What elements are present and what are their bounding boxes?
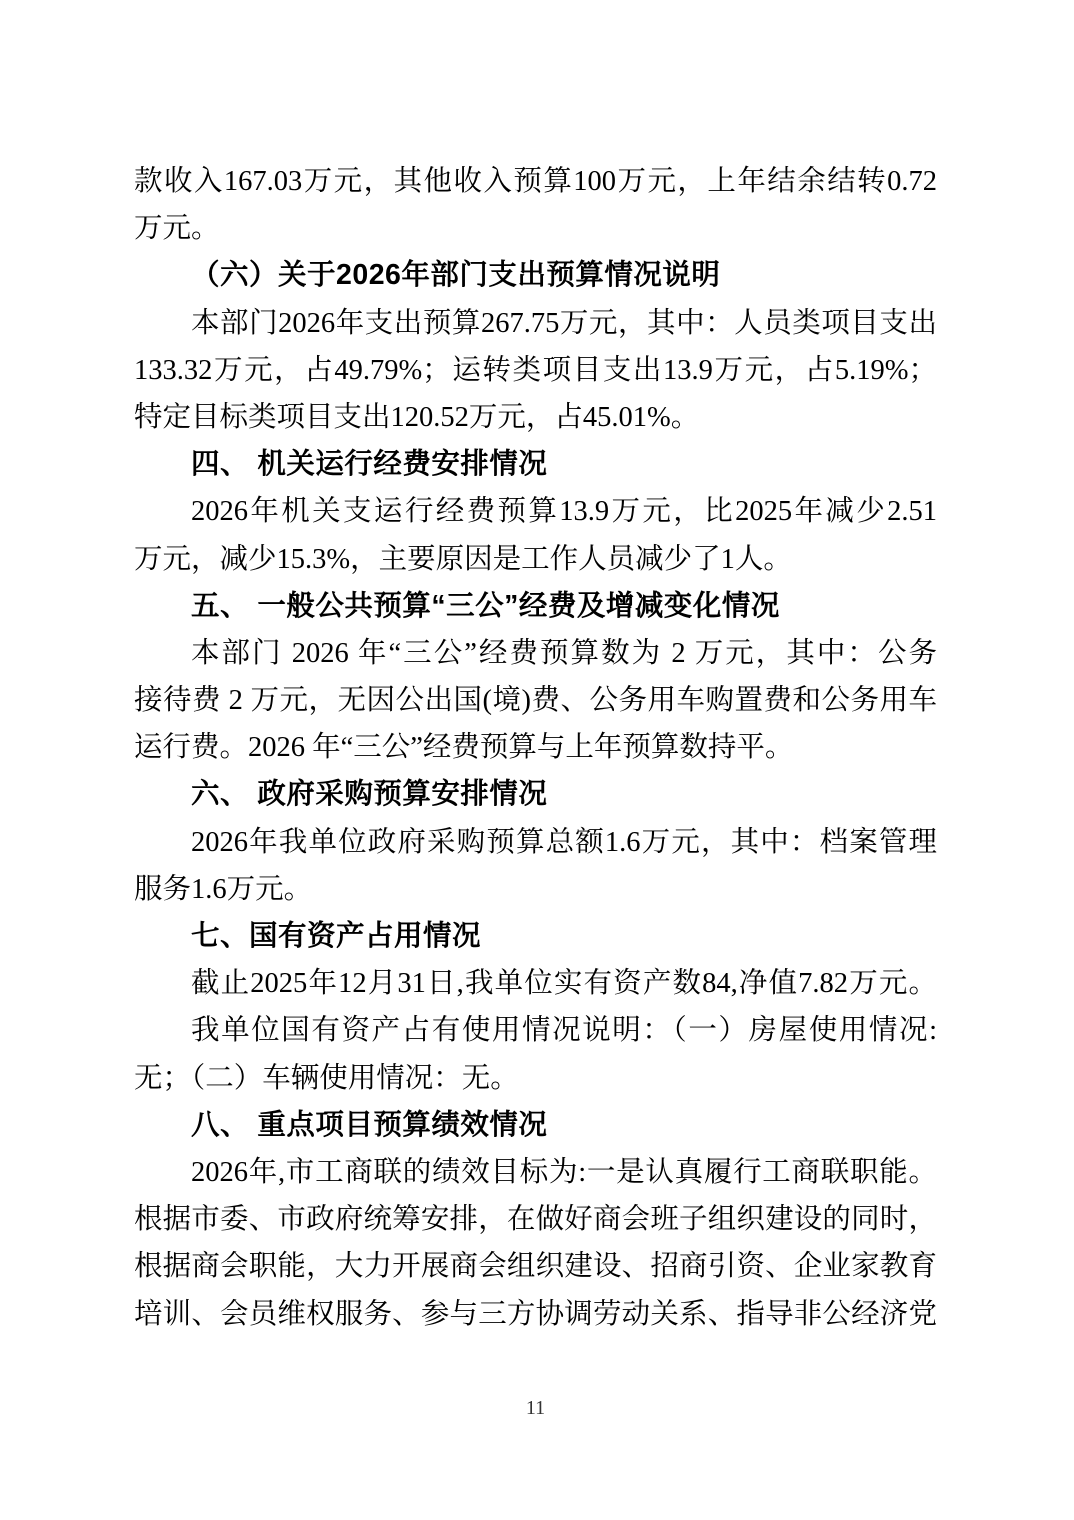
text-line: 根据商会职能，大力开展商会组织建设、招商引资、企业家教育 bbox=[134, 1243, 937, 1290]
page-footer: 11 bbox=[134, 1397, 937, 1420]
text-line: 特定目标类项目支出120.52万元，占45.01%。 bbox=[134, 394, 937, 441]
text-line: 款收入167.03万元，其他收入预算100万元，上年结余结转0.72 bbox=[134, 158, 937, 205]
document-body: 款收入167.03万元，其他收入预算100万元，上年结余结转0.72 万元。 （… bbox=[134, 158, 937, 1338]
text-line: 本部门 2026 年“三公”经费预算数为 2 万元，其中：公务 bbox=[134, 630, 937, 677]
text-line: 本部门2026年支出预算267.75万元，其中：人员类项目支出 bbox=[134, 300, 937, 347]
section-heading-4: 四、 机关运行经费安排情况 bbox=[134, 441, 937, 488]
text-line: 我单位国有资产占有使用情况说明：（一）房屋使用情况: bbox=[134, 1007, 937, 1054]
section-heading-6-sub: （六）关于2026年部门支出预算情况说明 bbox=[134, 252, 937, 299]
text-line: 截止2025年12月31日,我单位实有资产数84,净值7.82万元。 bbox=[134, 960, 937, 1007]
page-number: 11 bbox=[526, 1397, 545, 1419]
text-line: 2026年我单位政府采购预算总额1.6万元，其中：档案管理 bbox=[134, 819, 937, 866]
section-heading-6: 六、 政府采购预算安排情况 bbox=[134, 771, 937, 818]
text-line: 万元。 bbox=[134, 205, 937, 252]
document-page: 款收入167.03万元，其他收入预算100万元，上年结余结转0.72 万元。 （… bbox=[0, 0, 1074, 1520]
text-line: 运行费。2026 年“三公”经费预算与上年预算数持平。 bbox=[134, 724, 937, 771]
text-line: 无；（二）车辆使用情况：无。 bbox=[134, 1055, 937, 1102]
text-line: 接待费 2 万元，无因公出国(境)费、公务用车购置费和公务用车 bbox=[134, 677, 937, 724]
section-heading-7: 七、国有资产占用情况 bbox=[134, 913, 937, 960]
text-line: 万元，减少15.3%，主要原因是工作人员减少了1人。 bbox=[134, 536, 937, 583]
text-line: 服务1.6万元。 bbox=[134, 866, 937, 913]
text-line: 根据市委、市政府统筹安排，在做好商会班子组织建设的同时， bbox=[134, 1196, 937, 1243]
text-line: 2026年,市工商联的绩效目标为:一是认真履行工商联职能。 bbox=[134, 1149, 937, 1196]
section-heading-8: 八、 重点项目预算绩效情况 bbox=[134, 1102, 937, 1149]
text-line: 2026年机关支运行经费预算13.9万元，比2025年减少2.51 bbox=[134, 488, 937, 535]
text-line: 133.32万元，占49.79%；运转类项目支出13.9万元，占5.19%； bbox=[134, 347, 937, 394]
text-line: 培训、会员维权服务、参与三方协调劳动关系、指导非公经济党 bbox=[134, 1291, 937, 1338]
section-heading-5: 五、 一般公共预算“三公”经费及增减变化情况 bbox=[134, 583, 937, 630]
